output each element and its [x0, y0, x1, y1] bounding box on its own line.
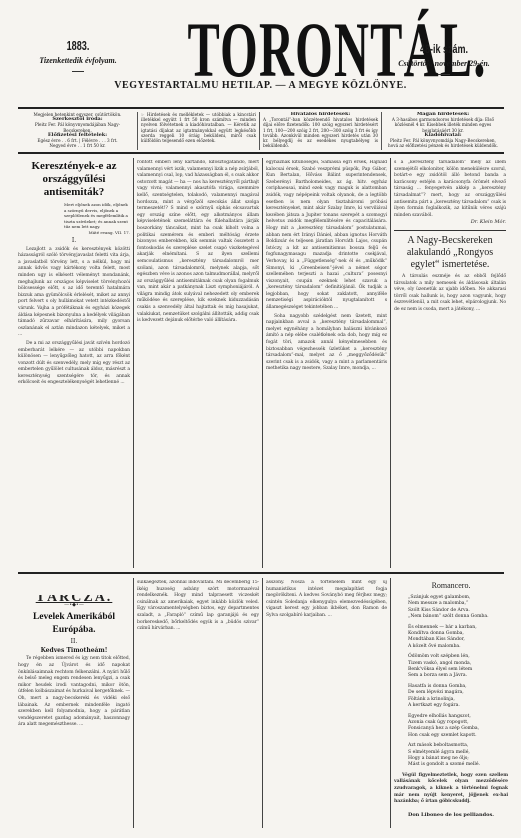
- column-rule: [133, 578, 134, 828]
- info-ads: ☞ Hirdetések és mellékletek — utóbbiak a…: [138, 112, 260, 150]
- masthead-right: 48-ik szám. Csütörtök, november 29-én.: [379, 42, 509, 75]
- ornament: —•◆•—: [18, 602, 130, 609]
- article-column-1: Keresztények-e az országgyűlési antisemi…: [18, 160, 130, 568]
- feuilleton-heading: TÁRCZA.: [18, 595, 130, 602]
- poem-column: Romancero. „Szánjuk egyet galambom, Nem …: [394, 580, 508, 830]
- issue-number: 48-ik szám.: [395, 42, 493, 56]
- feuilleton-column-1: TÁRCZA. —•◆•— Levelek Amerikából Európáb…: [18, 595, 130, 830]
- poem-stanza: Azt mások beboltasmotta, S elmétyemlé ág…: [408, 743, 508, 769]
- feuilleton-body: Te régebben ismered és így nem titok elő…: [18, 656, 130, 729]
- column-rule: [390, 158, 391, 568]
- article-column-3: egyháznak kitűnőségei, Samassa egri érse…: [266, 160, 387, 568]
- column-rule: [262, 578, 263, 828]
- header-rule: [18, 107, 504, 109]
- article-title: Keresztények-e az országgyűlési antisemi…: [18, 160, 130, 199]
- article-body: egyháznak kitűnőségei, Samassa egri érse…: [266, 160, 387, 312]
- info-private-ads: Magán hirdetések: A 3-hasábos garmondsor…: [382, 112, 504, 150]
- feuilleton-body: súlkaégéztek, azonnal indóváltani. Mi de…: [137, 580, 259, 633]
- tagline: VEGYESTARTALMU HETILAP. — A MEGYE KÖZLÖN…: [0, 80, 521, 91]
- section-number: II.: [18, 639, 130, 646]
- article-column-2: rontott emberi lény kártandó, kifosztoga…: [137, 160, 259, 568]
- volume: Tizenkettedik évfolyam.: [18, 56, 138, 65]
- author-signature: Dr. Klein Mór.: [394, 219, 506, 226]
- article-column-4: s a „keresztény társadalom“ mely az ille…: [394, 160, 506, 568]
- issue-date: Csütörtök, november 29-én.: [379, 59, 509, 68]
- poem-stanza: Hasatfa is donna Gomba, De sem lépvézi m…: [408, 684, 508, 710]
- article-body: A társulás eszméje és az ebből fejlődő t…: [394, 274, 506, 314]
- section-number: I.: [18, 238, 130, 245]
- poem-stanza: „Szánjuk egyet galambom, Nem messze a ma…: [408, 595, 508, 621]
- divider: [438, 74, 450, 75]
- feuilleton-column-3: asszony. Nosza a történelem mint egy új …: [266, 580, 387, 830]
- salutation: Kedves Timotheám!: [18, 648, 130, 655]
- poem-title: Romancero.: [394, 580, 508, 592]
- info-subscription: Megjelen hetenkint egyszer, csütörtökön.…: [18, 112, 138, 150]
- newspaper-page: 1883. Tizenkettedik évfolyam. TORONTÁL. …: [0, 0, 521, 838]
- article-body: Soha nagyobb szédelgést nem űzetett, min…: [266, 314, 387, 373]
- article-divider: [394, 230, 506, 231]
- feuilleton-column-2: súlkaégéztek, azonnal indóváltani. Mi de…: [137, 580, 259, 830]
- column-rule: [133, 158, 134, 568]
- feuilleton-body: asszony. Nosza a történelem mint egy új …: [266, 580, 387, 620]
- article-body: rontott emberi lény kártandó, kifosztoga…: [137, 160, 259, 325]
- article-body: Lezajlott a zsidók és keresztények közöt…: [18, 247, 130, 339]
- feuilleton-title: Levelek Amerikából Európába.: [18, 611, 130, 637]
- article-body: s a „keresztény társadalom“ mely az ille…: [394, 160, 506, 219]
- closing-paragraph: Végül figyelmeztetlek, hogy ezen szellem…: [394, 773, 508, 806]
- poem-stanza: És elmennek — bár a karban, Kondítva don…: [408, 625, 508, 651]
- feuilleton-rule: [18, 572, 504, 574]
- poem: „Szánjuk egyet galambom, Nem messze a ma…: [408, 595, 508, 769]
- publication-info: Megjelen hetenkint egyszer, csütörtökön.…: [18, 112, 504, 150]
- divider: [72, 71, 84, 72]
- article-body: De a mi az országgyűlési javát szívén ho…: [18, 341, 130, 387]
- author-signature: Don Liboneo de los pelliandos.: [394, 812, 508, 819]
- column-rule: [390, 578, 391, 828]
- info-official-ads: Hivatalos hirdetések: A „Torontál“-ban k…: [260, 112, 382, 150]
- epigraph: Mert eljőnek azon idők, eljőnek a szörny…: [64, 202, 130, 235]
- info-rule: [18, 152, 504, 154]
- poem-stanza: Egyedre elhollás hangszot, Azonia csak ú…: [408, 714, 508, 740]
- article-title: A Nagy-Becskereken alakulandó „Rongyos e…: [394, 235, 506, 271]
- year: 1883.: [36, 38, 120, 53]
- column-rule: [262, 158, 263, 568]
- masthead-left: 1883. Tizenkettedik évfolyam.: [18, 38, 138, 72]
- poem-stanza: Ódömöm volt szépben lén, Tizem vaskó, an…: [408, 654, 508, 680]
